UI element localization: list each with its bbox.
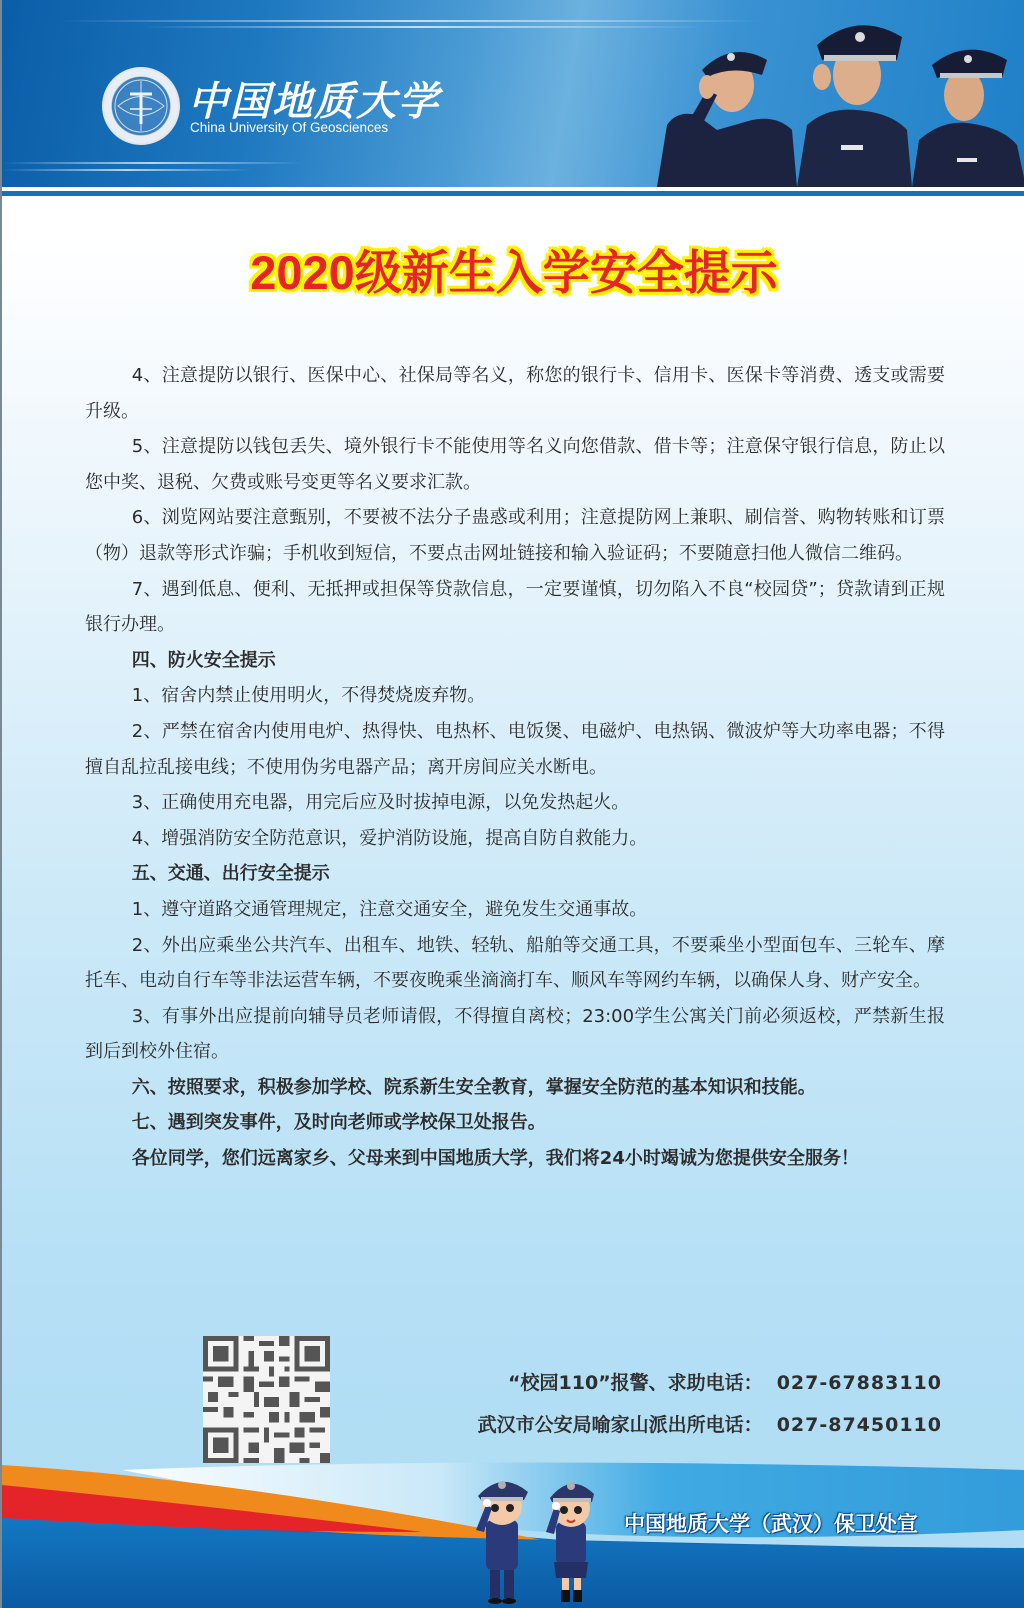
contact-label: “校园110”报警、求助电话：: [508, 1372, 763, 1394]
header-divider-blue: [2, 191, 1024, 196]
section-heading-fire: 四、防火安全提示: [85, 643, 945, 679]
campus-110-line: “校园110”报警、求助电话：027-67883110: [478, 1362, 942, 1404]
university-seal-icon: [102, 67, 180, 145]
cartoon-police-mascots: [468, 1470, 618, 1608]
tip-item: 6、浏览网站要注意甄别，不要被不法分子蛊惑或利用；注意提防网上兼职、刷信誉、购物…: [85, 500, 945, 571]
tip-item: 1、遵守道路交通管理规定，注意交通安全，避免发生交通事故。: [85, 892, 945, 928]
tip-item: 5、注意提防以钱包丢失、境外银行卡不能使用等名义向您借款、借卡等；注意保守银行信…: [85, 429, 945, 500]
contact-phones: “校园110”报警、求助电话：027-67883110 武汉市公安局喻家山派出所…: [478, 1362, 942, 1446]
closing-message: 各位同学，您们远离家乡、父母来到中国地质大学，我们将24小时竭诚为您提供安全服务…: [85, 1141, 945, 1177]
tip-item: 3、有事外出应提前向辅导员老师请假，不得擅自离校；23:00学生公寓关门前必须返…: [85, 999, 945, 1070]
tip-item: 2、严禁在宿舍内使用电炉、热得快、电热杯、电饭煲、电磁炉、电热锅、微波炉等大功率…: [85, 714, 945, 785]
contact-label: 武汉市公安局喻家山派出所电话：: [478, 1414, 763, 1436]
safety-tips-content: 4、注意提防以银行、医保中心、社保局等名义，称您的银行卡、信用卡、医保卡等消费、…: [85, 358, 945, 1177]
issuer-text: 中国地质大学（武汉）保卫处宣: [624, 1508, 918, 1538]
tip-item: 3、正确使用充电器，用完后应及时拔掉电源，以免发热起火。: [85, 785, 945, 821]
tip-item: 4、注意提防以银行、医保中心、社保局等名义，称您的银行卡、信用卡、医保卡等消费、…: [85, 358, 945, 429]
contact-number[interactable]: 027-67883110: [777, 1362, 942, 1404]
tip-item: 2、外出应乘坐公共汽车、出租车、地铁、轻轨、船舶等交通工具，不要乘坐小型面包车、…: [85, 928, 945, 999]
poster: 中国地质大学 China University Of Geosciences: [0, 0, 1024, 1608]
section-heading-emergency: 七、遇到突发事件，及时向老师或学校保卫处报告。: [85, 1105, 945, 1141]
tip-item: 4、增强消防安全防范意识，爱护消防设施，提高自防自救能力。: [85, 821, 945, 857]
university-name-cn: 中国地质大学: [188, 70, 440, 127]
university-name-en: China University Of Geosciences: [190, 120, 388, 135]
poster-title: 2020级新生入学安全提示: [2, 236, 1024, 303]
police-officers-image: [657, 15, 1024, 187]
tip-item: 1、宿舍内禁止使用明火，不得焚烧废弃物。: [85, 678, 945, 714]
section-heading-traffic: 五、交通、出行安全提示: [85, 856, 945, 892]
header-banner: 中国地质大学 China University Of Geosciences: [2, 0, 1024, 187]
tip-item: 7、遇到低息、便利、无抵押或担保等贷款信息，一定要谨慎，切勿陷入不良“校园贷”；…: [85, 572, 945, 643]
section-heading-education: 六、按照要求，积极参加学校、院系新生安全教育，掌握安全防范的基本知识和技能。: [85, 1070, 945, 1106]
